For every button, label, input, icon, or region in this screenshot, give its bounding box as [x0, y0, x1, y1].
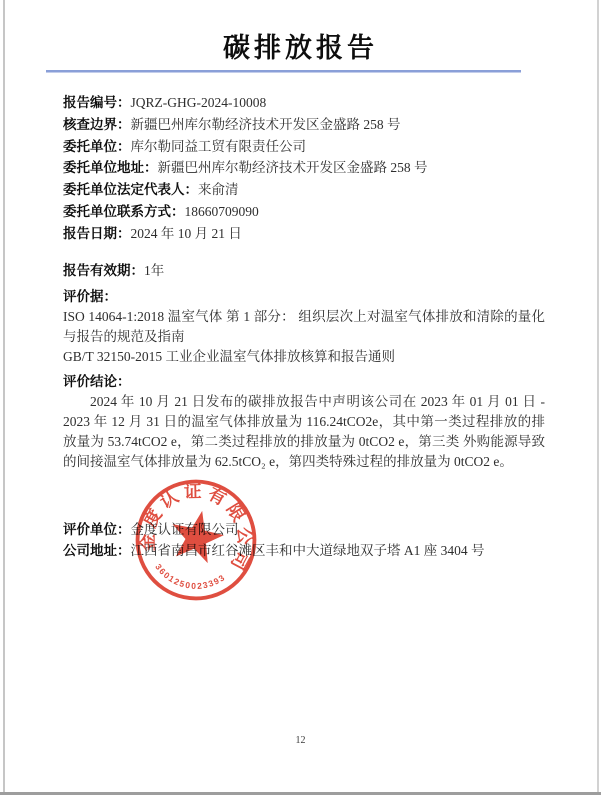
- svg-text:3601250023393: 3601250023393: [150, 558, 229, 598]
- field-label: 报告有效期：: [63, 263, 144, 278]
- field-label: 委托单位法定代表人：: [63, 182, 198, 197]
- field-label: 委托单位地址：: [63, 160, 158, 175]
- field-contact-phone: 委托单位联系方式：18660709090: [63, 201, 545, 223]
- stamp-serial-number: 3601250023393: [150, 558, 229, 598]
- field-value: 2024 年 10 月 21 日: [131, 226, 242, 241]
- field-value: JQRZ-GHG-2024-10008: [131, 95, 267, 110]
- field-value: 库尔勒同益工贸有限责任公司: [131, 139, 307, 154]
- evaluation-conclusion-heading: 评价结论：: [63, 372, 545, 392]
- certification-stamp: 金度认证有限公司 3601250023393: [95, 439, 297, 641]
- field-label: 委托单位联系方式：: [63, 204, 185, 219]
- title-underline: [46, 70, 521, 72]
- page-bottom-edge: [0, 792, 601, 795]
- basis-item-gbt: GB/T 32150-2015 工业企业温室气体排放核算和报告通则: [63, 347, 545, 367]
- field-report-number: 报告编号：JQRZ-GHG-2024-10008: [63, 92, 545, 114]
- field-value: 1年: [144, 263, 164, 278]
- field-value: 新疆巴州库尔勒经济技术开发区金盛路 258 号: [158, 160, 428, 175]
- stamp-star-icon: [166, 505, 228, 565]
- field-value: 来俞清: [198, 182, 239, 197]
- field-label: 报告日期：: [63, 226, 131, 241]
- page-left-edge: [3, 0, 5, 795]
- basis-item-iso: ISO 14064-1:2018 温室气体 第 1 部分： 组织层次上对温室气体…: [63, 307, 545, 347]
- field-client-address: 委托单位地址：新疆巴州库尔勒经济技术开发区金盛路 258 号: [63, 157, 545, 179]
- field-legal-representative: 委托单位法定代表人：来俞清: [63, 179, 545, 201]
- report-body: 报告编号：JQRZ-GHG-2024-10008 核查边界：新疆巴州库尔勒经济技…: [63, 92, 545, 472]
- field-value: 新疆巴州库尔勒经济技术开发区金盛路 258 号: [131, 117, 401, 132]
- evaluation-basis-heading: 评价据：: [63, 287, 545, 307]
- field-label: 委托单位：: [63, 139, 131, 154]
- page-title: 碳排放报告: [0, 26, 601, 65]
- page-number: 12: [0, 735, 601, 746]
- page-right-edge: [597, 0, 599, 795]
- field-label: 报告编号：: [63, 95, 131, 110]
- field-client-name: 委托单位：库尔勒同益工贸有限责任公司: [63, 136, 545, 158]
- field-report-validity: 报告有效期：1年: [63, 260, 545, 282]
- field-verification-boundary: 核查边界：新疆巴州库尔勒经济技术开发区金盛路 258 号: [63, 114, 545, 136]
- field-report-date: 报告日期：2024 年 10 月 21 日: [63, 223, 545, 245]
- field-label: 核查边界：: [63, 117, 131, 132]
- field-value: 18660709090: [185, 204, 259, 219]
